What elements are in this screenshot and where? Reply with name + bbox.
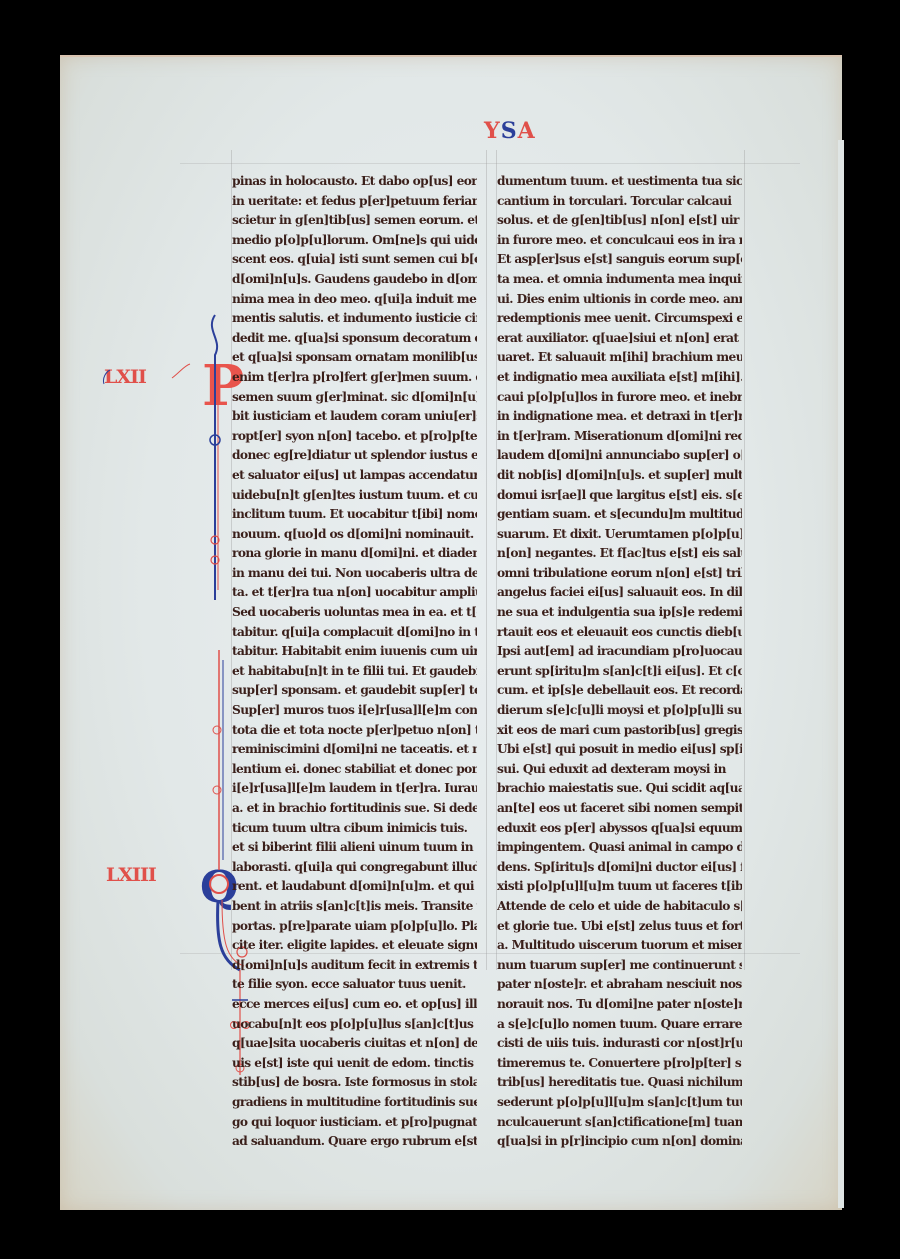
manuscript-line: donec eg[re]diatur ut splendor iustus ei… [232,446,477,466]
manuscript-line: suarum. Et dixit. Uerumtamen p[o]p[u]lus… [497,525,742,545]
manuscript-line: scent eos. q[uia] isti sunt semen cui b[… [232,250,477,270]
manuscript-line: in indignatione mea. et detraxi in t[er]… [497,407,742,427]
running-header-letter: Y [484,118,501,144]
text-column-left: pinas in holocausto. Et dabo op[us] eoru… [232,172,477,1152]
text-column-right: dumentum tuum. et uestimenta tua sicut c… [497,172,742,1152]
manuscript-line: cite iter. eligite lapides. et eleuate s… [232,936,477,956]
manuscript-line: bent in atriis s[an]c[t]is meis. Transit… [232,897,477,917]
manuscript-line: et si biberint filii alieni uinum tuum i… [232,838,477,858]
manuscript-line: xit eos de mari cum pastorib[us] gregis … [497,721,742,741]
initial-q-spiral-icon [209,874,229,894]
manuscript-line: norauit nos. Tu d[omi]ne pater n[oste]r.… [497,995,742,1015]
manuscript-line: ne sua et indulgentia sua ip[s]e redemit… [497,603,742,623]
manuscript-line: reminiscimini d[omi]ni ne taceatis. et n… [232,740,477,760]
manuscript-line: ui. Dies enim ultionis in corde meo. ann… [497,290,742,310]
manuscript-line: eduxit eos p[er] abyssos q[ua]si equum i… [497,819,742,839]
manuscript-line: Attende de celo et uide de habitaculo s[… [497,897,742,917]
manuscript-line: Sed uocaberis uoluntas mea in ea. et t[e… [232,603,477,623]
manuscript-line: in furore meo. et conculcaui eos in ira … [497,231,742,251]
manuscript-line: laborasti. q[ui]a qui congregabunt illud… [232,858,477,878]
chapter-number-63: LXIII [106,864,156,886]
manuscript-line: redemptionis mee uenit. Circumspexi et n… [497,309,742,329]
manuscript-line: Ubi e[st] qui posuit in medio ei[us] sp[… [497,740,742,760]
manuscript-line: pater n[oste]r. et abraham nesciuit nos.… [497,975,742,995]
manuscript-line: domui isr[ae]l que largitus e[st] eis. s… [497,486,742,506]
manuscript-line: in ueritate: et fedus p[er]petuum feriam… [232,192,477,212]
manuscript-line: pinas in holocausto. Et dabo op[us] eoru… [232,172,477,192]
manuscript-line: brachio maiestatis sue. Qui scidit aq[ua… [497,779,742,799]
manuscript-line: erat auxiliator. q[uae]siui et n[on] era… [497,329,742,349]
manuscript-line: mentis salutis. et indumento iusticie ci… [232,309,477,329]
manuscript-line: dens. Sp[iritu]s d[omi]ni ductor ei[us] … [497,858,742,878]
manuscript-line: a. et in brachio fortitudinis sue. Si de… [232,799,477,819]
manuscript-line: portas. p[re]parate uiam p[o]p[u]lo. Pla… [232,917,477,937]
manuscript-line: cisti de uiis tuis. indurasti cor n[ost]… [497,1034,742,1054]
manuscript-line: timeremus te. Conuertere p[ro]p[ter] s[e… [497,1054,742,1074]
manuscript-line: cum. et ip[s]e debellauit eos. Et record… [497,681,742,701]
manuscript-line: et glorie tue. Ubi e[st] zelus tuus et f… [497,917,742,937]
manuscript-line: Sup[er] muros tuos i[e]r[usa]l[e]m const… [232,701,477,721]
manuscript-line: et q[ua]si sponsam ornatam monilib[us] s… [232,348,477,368]
manuscript-line: tabitur. q[ui]a complacuit d[omi]no in t… [232,623,477,643]
manuscript-line: uis e[st] iste qui uenit de edom. tincti… [232,1054,477,1074]
manuscript-line: sui. Qui eduxit ad dexteram moysi in [497,760,742,780]
manuscript-line: xisti p[o]p[u]l[u]m tuum ut faceres t[ib… [497,877,742,897]
manuscript-line: enim t[er]ra p[ro]fert g[er]men suum. et… [232,368,477,388]
manuscript-line: caui p[o]p[u]los in furore meo. et inebr… [497,388,742,408]
manuscript-line: dierum s[e]c[u]li moysi et p[o]p[u]li su… [497,701,742,721]
manuscript-line: et saluator ei[us] ut lampas accendatur.… [232,466,477,486]
manuscript-line: d[omi]n[u]s auditum fecit in extremis t[… [232,956,477,976]
manuscript-line: Ipsi aut[em] ad iracundiam p[ro]uocaueru… [497,642,742,662]
pen-flourish-icon [100,360,200,390]
manuscript-line: lentium ei. donec stabiliat et donec pon… [232,760,477,780]
manuscript-line: scietur in g[en]tib[us] semen eorum. et … [232,211,477,231]
manuscript-line: num tuarum sup[er] me continuerunt se. T… [497,956,742,976]
manuscript-line: in t[er]ram. Miserationum d[omi]ni recor… [497,427,742,447]
manuscript-line: uaret. Et saluauit m[ihi] brachium meum. [497,348,742,368]
manuscript-line: et indignatio mea auxiliata e[st] m[ihi]… [497,368,742,388]
manuscript-line: ta. et t[er]ra tua n[on] uocabitur ampli… [232,583,477,603]
manuscript-line: semen suum g[er]minat. sic d[omi]n[u]s d… [232,388,477,408]
manuscript-line: sup[er] sponsam. et gaudebit sup[er] te … [232,681,477,701]
ruling-line [180,163,800,164]
manuscript-line: cantium in torculari. Torcular calcaui [497,192,742,212]
manuscript-line: solus. et de g[en]tib[us] n[on] e[st] ui… [497,211,742,231]
manuscript-line: gradiens in multitudine fortitudinis sue… [232,1093,477,1113]
ruling-line [744,150,745,970]
running-header-letter: A [518,118,536,144]
manuscript-line: q[ua]si in p[r]incipio cum n[on] dominar… [497,1132,742,1152]
manuscript-line: ta mea. et omnia indumenta mea inquinaui… [497,270,742,290]
manuscript-line: q[uae]sita uocaberis ciuitas et n[on] de… [232,1034,477,1054]
manuscript-line: rona glorie in manu d[omi]ni. et diadema… [232,544,477,564]
manuscript-line: i[e]r[usa]l[e]m laudem in t[er]ra. Iurau… [232,779,477,799]
manuscript-line: erunt sp[iritu]m s[an]c[t]i ei[us]. Et c… [497,662,742,682]
manuscript-line: impingentem. Quasi animal in campo desce… [497,838,742,858]
manuscript-line: bit iusticiam et laudem coram uniu[er]si… [232,407,477,427]
manuscript-line: medio p[o]p[u]lorum. Om[ne]s qui uiderin… [232,231,477,251]
manuscript-line: sederunt p[o]p[u]l[u]m s[an]c[t]um tuum.… [497,1093,742,1113]
manuscript-line: tota die et tota nocte p[er]petuo n[on] … [232,721,477,741]
manuscript-line: ad saluandum. Quare ergo rubrum e[st] in [232,1132,477,1152]
manuscript-line: dedit me. q[ua]si sponsum decoratum coro… [232,329,477,349]
manuscript-line: ropt[er] syon n[on] tacebo. et p[ro]p[te… [232,427,477,447]
manuscript-line: uidebu[n]t g[en]tes iustum tuum. et cunc… [232,486,477,506]
manuscript-line: angelus faciei ei[us] saluauit eos. In d… [497,583,742,603]
manuscript-line: ecce merces ei[us] cum eo. et op[us] ill… [232,995,477,1015]
manuscript-line: dumentum tuum. et uestimenta tua sicut c… [497,172,742,192]
manuscript-line: rent. et laudabunt d[omi]n[u]m. et qui c… [232,877,477,897]
running-header-letter: S [501,118,518,144]
manuscript-line: stib[us] de bosra. Iste formosus in stol… [232,1073,477,1093]
pen-flourish-icon [205,650,235,870]
manuscript-line: nouum. q[uo]d os d[omi]ni nominauit. Et … [232,525,477,545]
ruling-line [486,150,487,970]
chapter-number-label: LXIII [106,864,156,886]
manuscript-line: te filie syon. ecce saluator tuus uenit. [232,975,477,995]
manuscript-line: a. Multitudo uiscerum tuorum et miserati… [497,936,742,956]
manuscript-line: omni tribulatione eorum n[on] e[st] trib… [497,564,742,584]
manuscript-line: in manu dei tui. Non uocaberis ultra der… [232,564,477,584]
leaf-right-edge [838,140,844,1208]
manuscript-line: go qui loquor iusticiam. et p[ro]pugnato… [232,1113,477,1133]
manuscript-line: tabitur. Habitabit enim iuuenis cum uirg… [232,642,477,662]
manuscript-line: a s[e]c[u]lo nomen tuum. Quare errare no… [497,1015,742,1035]
manuscript-line: nima mea in deo meo. q[ui]a induit me ue… [232,290,477,310]
manuscript-line: uocabu[n]t eos p[o]p[u]lus s[an]c[t]us r… [232,1015,477,1035]
manuscript-line: inclitum tuum. Et uocabitur t[ibi] nome[… [232,505,477,525]
manuscript-line: et habitabu[n]t in te filii tui. Et gaud… [232,662,477,682]
manuscript-line: an[te] eos ut faceret sibi nomen sempite… [497,799,742,819]
pen-flourish-icon [195,310,235,610]
manuscript-line: n[on] negantes. Et f[ac]tus e[st] eis sa… [497,544,742,564]
manuscript-line: ticum tuum ultra cibum inimicis tuis. [232,819,477,839]
manuscript-line: dit nob[is] d[omi]n[u]s. et sup[er] mult… [497,466,742,486]
manuscript-line: trib[us] hereditatis tue. Quasi nichilum… [497,1073,742,1093]
manuscript-line: gentiam suam. et s[ecundu]m multitudinem… [497,505,742,525]
manuscript-line: laudem d[omi]ni annunciabo sup[er] o[mn]… [497,446,742,466]
running-header: YSA [484,118,536,144]
manuscript-line: nculcauerunt s[an]ctificatione[m] tuam. … [497,1113,742,1133]
manuscript-line: rtauit eos et eleuauit eos cunctis dieb[… [497,623,742,643]
manuscript-line: d[omi]n[u]s. Gaudens gaudebo in d[omi]no… [232,270,477,290]
manuscript-line: Et asp[er]sus e[st] sanguis eorum sup[er… [497,250,742,270]
